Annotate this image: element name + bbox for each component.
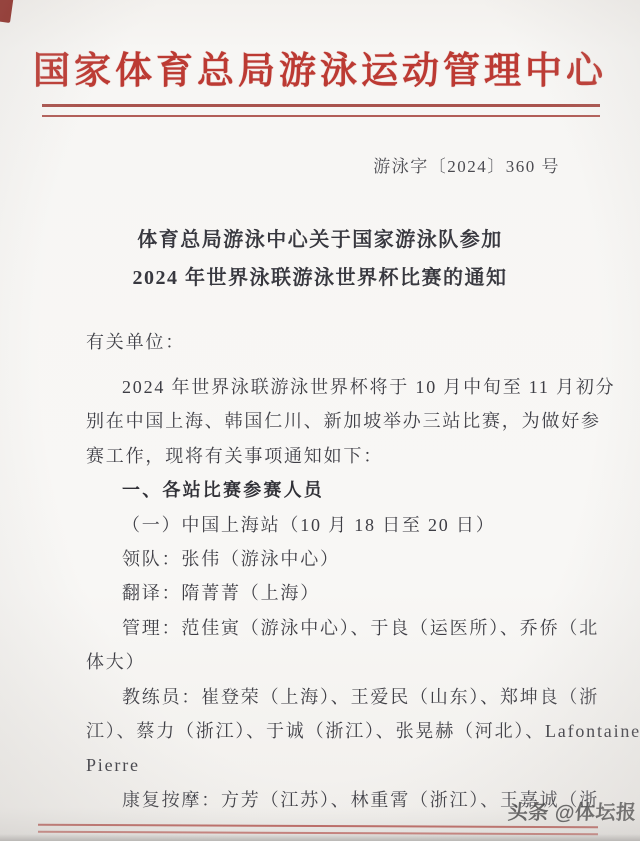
body-line: 翻译：隋菁菁（上海） (86, 576, 596, 610)
letterhead-divider-line (42, 104, 600, 117)
document-title: 体育总局游泳中心关于国家游泳队参加 2024 年世界泳联游泳世界杯比赛的通知 (0, 221, 640, 297)
body-line: 领队：张伟（游泳中心） (86, 542, 596, 576)
document-body: 有关单位： 2024 年世界泳联游泳世界杯将于 10 月中旬至 11 月初分 别… (86, 327, 596, 817)
toutiao-watermark: 头条 @体坛报 (507, 796, 638, 825)
body-line: （一）中国上海站（10 月 18 日至 20 日） (86, 508, 596, 542)
document-title-line1: 体育总局游泳中心关于国家游泳队参加 (0, 221, 640, 259)
body-line: 体大） (86, 645, 596, 679)
document-title-line2: 2024 年世界泳联游泳世界杯比赛的通知 (0, 259, 640, 297)
letterhead-org-name: 国家体育总局游泳运动管理中心 (0, 40, 640, 94)
body-line: 江）、蔡力（浙江）、于诚（浙江）、张晃赫（河北）、Lafontaine (86, 714, 596, 748)
body-line: Pierre (86, 748, 596, 782)
corner-red-artifact (0, 0, 14, 23)
photo-bottom-shadow (0, 834, 640, 841)
document-photo: 国家体育总局游泳运动管理中心 游泳字〔2024〕360 号 体育总局游泳中心关于… (0, 0, 640, 841)
body-line: 管理：范佳寅（游泳中心）、于良（运医所）、乔侨（北 (86, 611, 596, 645)
body-line: 2024 年世界泳联游泳世界杯将于 10 月中旬至 11 月初分 (86, 370, 596, 404)
section-heading: 一、各站比赛参赛人员 (86, 473, 596, 507)
salutation: 有关单位： (86, 327, 596, 357)
body-line: 赛工作，现将有关事项通知如下： (86, 439, 596, 473)
body-line: 教练员：崔登荣（上海）、王爱民（山东）、郑坤良（浙 (86, 680, 596, 714)
body-line: 别在中国上海、韩国仁川、新加坡举办三站比赛，为做好参 (86, 404, 596, 438)
document-number: 游泳字〔2024〕360 号 (373, 152, 560, 177)
